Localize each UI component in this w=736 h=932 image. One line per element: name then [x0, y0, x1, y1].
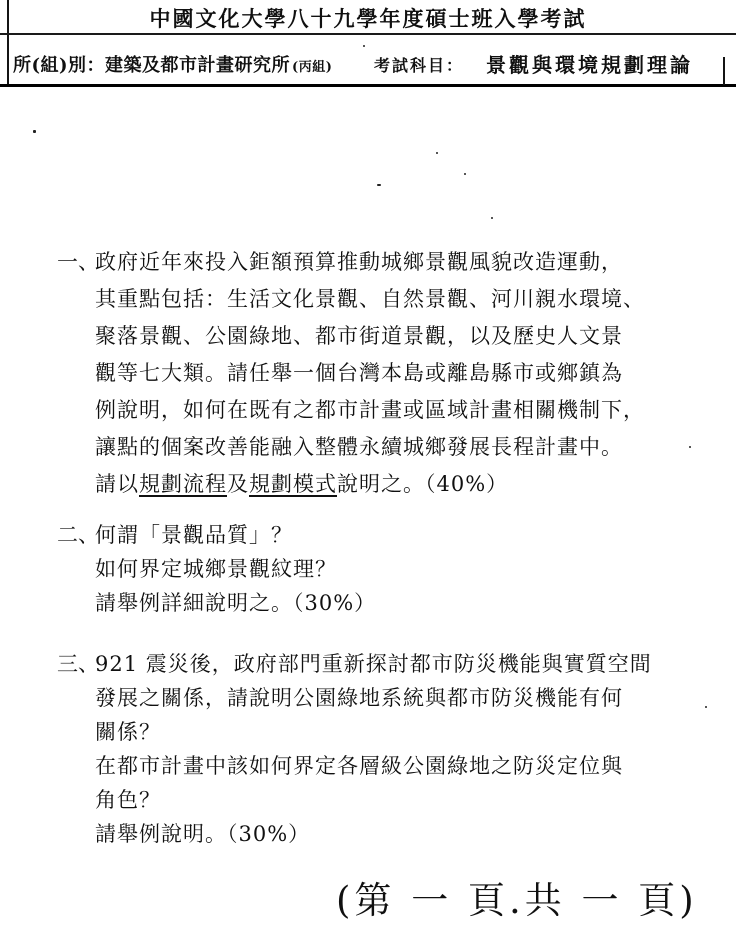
question-text: 讓點的個案改善能融入整體永續城鄉發展長程計畫中。: [95, 435, 623, 459]
question-line: 在都市計畫中該如何界定各層級公園綠地之防災定位與: [0, 749, 736, 783]
question-text: 政府近年來投入鉅額預算推動城鄉景觀風貌改造運動，: [95, 250, 623, 274]
question-text: 如何界定城鄉景觀紋理？: [95, 557, 337, 581]
question-line: 三、921 震災後，政府部門重新探討都市防災機能與實質空間: [0, 647, 736, 681]
question-text: 請舉例詳細說明之。（30%）: [95, 591, 376, 615]
question-line: 二、何謂「景觀品質」？: [0, 518, 736, 552]
question-text: 在都市計畫中該如何界定各層級公園綠地之防災定位與: [95, 754, 623, 778]
question-line: 其重點包括：生活文化景觀、自然景觀、河川親水環境、: [0, 281, 736, 318]
question-text: 聚落景觀、公園綠地、都市街道景觀，以及歷史人文景: [95, 324, 623, 348]
question-text: 何謂「景觀品質」？: [95, 523, 293, 547]
question-line: 一、政府近年來投入鉅額預算推動城鄉景觀風貌改造運動，: [0, 244, 736, 281]
question-number: 一、: [57, 244, 99, 281]
scan-speckle: [377, 184, 381, 186]
question-line: 請舉例詳細說明之。（30%）: [0, 586, 736, 620]
page-number-note: (第 一 頁.共 一 頁): [336, 870, 698, 924]
department-label: 所(組)別：: [13, 55, 105, 76]
underlined-term: 規劃流程: [139, 472, 227, 496]
question-line: 角色？: [0, 783, 736, 817]
scan-speckle: [33, 130, 36, 133]
question-text: 關係？: [95, 720, 161, 744]
question-text: 例說明，如何在既有之都市計畫或區域計畫相關機制下，: [95, 398, 645, 422]
scan-speckle: [363, 45, 365, 47]
scan-speckle: [689, 446, 691, 448]
question-text: 請以: [95, 472, 139, 496]
department-value: 建築及都市計畫研究所: [105, 55, 290, 76]
header-right-cell-mark: [723, 57, 725, 85]
scan-speckle: [491, 217, 493, 219]
header-bottom-border: [0, 84, 736, 87]
question-line: 觀等七大類。請任舉一個台灣本島或離島縣市或鄉鎮為: [0, 355, 736, 392]
question-text: 說明之。（40%）: [337, 472, 508, 496]
question-line: 例說明，如何在既有之都市計畫或區域計畫相關機制下，: [0, 392, 736, 429]
question-line: 請舉例說明。（30%）: [0, 817, 736, 851]
subject-label: 考試科目：: [374, 53, 464, 76]
question-block: 一、政府近年來投入鉅額預算推動城鄉景觀風貌改造運動，其重點包括：生活文化景觀、自…: [0, 244, 736, 503]
question-line: 關係？: [0, 715, 736, 749]
question-text: 發展之關係，請說明公園綠地系統與都市防災機能有何: [95, 686, 623, 710]
question-line: 請以規劃流程及規劃模式說明之。（40%）: [0, 466, 736, 503]
exam-title: 中國文化大學八十九學年度碩士班入學考試: [0, 3, 736, 33]
question-line: 聚落景觀、公園綠地、都市街道景觀，以及歷史人文景: [0, 318, 736, 355]
question-line: 如何界定城鄉景觀紋理？: [0, 552, 736, 586]
question-line: 讓點的個案改善能融入整體永續城鄉發展長程計畫中。: [0, 429, 736, 466]
department-group: (丙組): [292, 60, 332, 75]
subject-value: 景觀與環境規劃理論: [486, 49, 693, 78]
question-line: 發展之關係，請說明公園綠地系統與都市防災機能有何: [0, 681, 736, 715]
question-text: 請舉例說明。（30%）: [95, 822, 310, 846]
scan-speckle: [464, 173, 466, 175]
question-text: 其重點包括：生活文化景觀、自然景觀、河川親水環境、: [95, 287, 645, 311]
question-list: 一、政府近年來投入鉅額預算推動城鄉景觀風貌改造運動，其重點包括：生活文化景觀、自…: [0, 244, 736, 851]
question-block: 三、921 震災後，政府部門重新探討都市防災機能與實質空間發展之關係，請說明公園…: [0, 647, 736, 851]
question-text: 及: [227, 472, 249, 496]
scan-speckle: [705, 706, 707, 708]
scan-speckle: [436, 152, 438, 154]
question-text: 921 震災後，政府部門重新探討都市防災機能與實質空間: [95, 652, 652, 676]
underlined-term: 規劃模式: [249, 472, 337, 496]
question-block: 二、何謂「景觀品質」？如何界定城鄉景觀紋理？請舉例詳細說明之。（30%）: [0, 518, 736, 620]
question-text: 觀等七大類。請任舉一個台灣本島或離島縣市或鄉鎮為: [95, 361, 623, 385]
question-text: 角色？: [95, 788, 161, 812]
header-divider-line: [0, 33, 736, 35]
department-field: 所(組)別：建築及都市計畫研究所(丙組): [13, 51, 332, 77]
question-number: 二、: [57, 518, 99, 552]
question-number: 三、: [57, 647, 99, 681]
exam-paper-page: 中國文化大學八十九學年度碩士班入學考試 所(組)別：建築及都市計畫研究所(丙組)…: [0, 0, 736, 932]
